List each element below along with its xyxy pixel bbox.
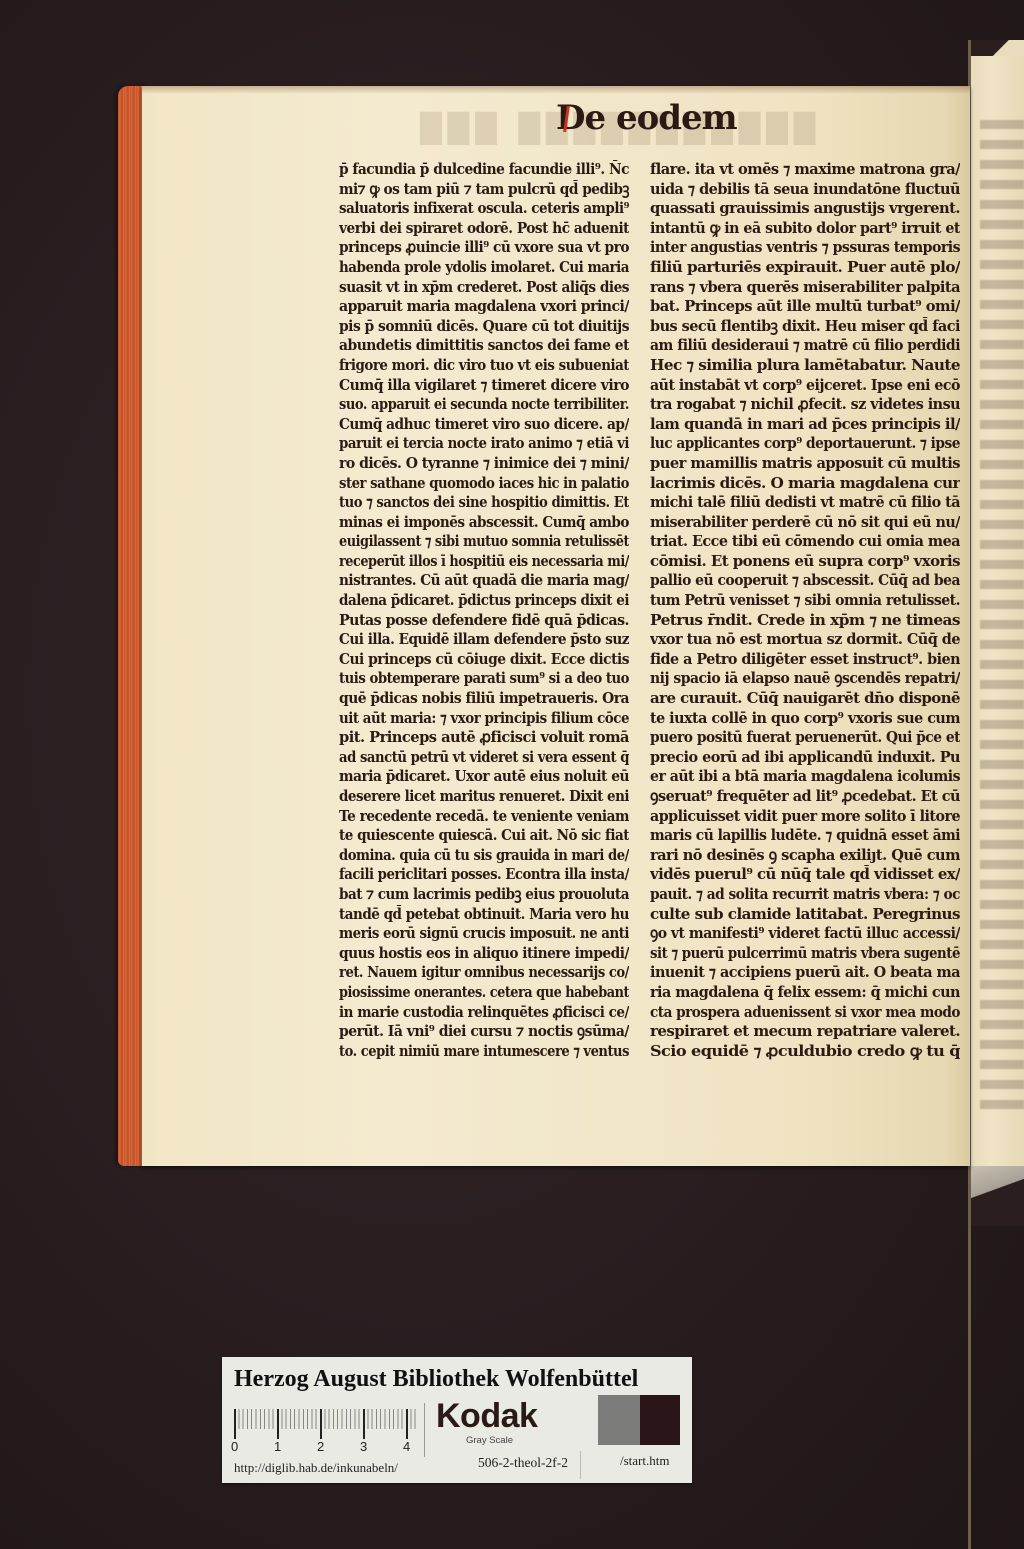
- text-line: pis p̄ somniū dicēs. Quare cū tot diuiti…: [339, 317, 629, 337]
- ruler: 0 1 2 3 4: [228, 1403, 425, 1457]
- library-name: Herzog August Bibliothek Wolfenbüttel: [234, 1365, 684, 1393]
- text-line: suo. apparuit ei secunda nocte terribili…: [339, 395, 629, 415]
- text-line: Hec ⁊ similia plura lamētabatur. Naute: [650, 356, 960, 376]
- text-line: nij spacio iā elapso nauē ꝯscendēs repat…: [650, 669, 960, 689]
- ruler-label: 0: [231, 1439, 238, 1454]
- text-line: ad sanctū petrū vt videret si vera essen…: [339, 748, 629, 768]
- text-column-right: flare. ita vt omēs ⁊ maxime matrona gra/…: [650, 160, 960, 1061]
- text-line: tuis obtemperare parati sum⁹ si a deo tu…: [339, 669, 629, 689]
- heading-rest: e eodem: [584, 98, 736, 138]
- shelfmark: 506-2-theol-2f-2: [478, 1455, 568, 1471]
- text-line: tandē qd̄ petebat obtinuit. Maria vero h…: [339, 905, 629, 925]
- text-line: te quiescente quiescā. Cui ait. Nō sic f…: [339, 826, 629, 846]
- card-url: http://diglib.hab.de/inkunabeln/: [234, 1460, 398, 1476]
- gray-scale-label: Gray Scale: [466, 1435, 513, 1446]
- text-line: puero positū fuerat peruenerūt. Qui p̄ce…: [650, 728, 960, 748]
- text-line: flare. ita vt omēs ⁊ maxime matrona gra/: [650, 160, 960, 180]
- text-line: paruit ei tercia nocte irato animo ⁊ eti…: [339, 434, 629, 454]
- text-line: tra rogabat ⁊ nichil ꝓfecit. sz videtes …: [650, 395, 960, 415]
- text-line: lam quandā in mari ad p̄ces principis il…: [650, 415, 960, 435]
- text-line: vidēs puerul⁹ cū nūq̄ tale qd̄ vidisset …: [650, 865, 960, 885]
- text-line: facili periclitari posses. Econtra illa …: [339, 865, 629, 885]
- text-line: miserabiliter perderē cū nō sit qui eū n…: [650, 513, 960, 533]
- text-line: dalena p̄dicaret. p̄dictus princeps dixi…: [339, 591, 629, 611]
- text-line: quassati grauissimis angustijs vrgerent.: [650, 199, 960, 219]
- text-line: rans ⁊ vbera querēs miserabiliter palpit…: [650, 278, 960, 298]
- text-line: culte sub clamide latitabat. Peregrinus: [650, 905, 960, 925]
- text-line: princeps ꝓuincie illi⁹ cū vxore sua vt p…: [339, 238, 629, 258]
- text-line: lacrimis dicēs. O maria magdalena cur: [650, 474, 960, 494]
- text-line: rari nō desinēs ꝯ scapha exiliȷt. Quē cu…: [650, 846, 960, 866]
- text-line: respiraret et mecum repatriare valeret.: [650, 1022, 960, 1042]
- card-divider: [580, 1451, 581, 1479]
- text-line: nistrantes. Cū aūt quadā die maria mag/: [339, 571, 629, 591]
- text-line: Cumq̄ illa vigilaret ⁊ timeret dicere vi…: [339, 376, 629, 396]
- text-line: suasit vt in xp̄m crederet. Post aliq̄s …: [339, 278, 629, 298]
- text-line: aūt instabāt vt corp⁹ eijceret. Ipse eni…: [650, 376, 960, 396]
- text-line: puer mamillis matris apposuit cū multis: [650, 454, 960, 474]
- text-line: habenda prole ydolis imolaret. Cui maria: [339, 258, 629, 278]
- text-line: abundetis dimittitis sanctos dei fame et: [339, 336, 629, 356]
- text-line: inter angustias ventris ⁊ pssuras tempor…: [650, 238, 960, 258]
- text-line: filiū parturiēs expirauit. Puer autē plo…: [650, 258, 960, 278]
- text-line: deserere licet maritus renueret. Dixit e…: [339, 787, 629, 807]
- text-line: in marie custodia relinquētes ꝓficisci c…: [339, 1003, 629, 1023]
- text-line: ria magdalena q̄ felix essem: q̄ michi c…: [650, 983, 960, 1003]
- text-line: te iuxta collē in quo corp⁹ vxoris sue c…: [650, 709, 960, 729]
- text-line: luc applicantes corp⁹ deportauerunt. ⁊ i…: [650, 434, 960, 454]
- text-line: ret. Nauem igitur omnibus necessarijs co…: [339, 963, 629, 983]
- text-line: saluatoris infixerat oscula. ceteris amp…: [339, 199, 629, 219]
- text-line: maris cū lapillis ludēte. ⁊ quidnā esset…: [650, 826, 960, 846]
- text-line: am filiū desideraui ⁊ matrē cū filio per…: [650, 336, 960, 356]
- text-line: p̄ facundia p̄ dulcedine facundie illi⁹.…: [339, 160, 629, 180]
- text-line: Te recedente recedā. te veniente veniam: [339, 807, 629, 827]
- text-line: sit ⁊ puerū pulcerrimū matris vbera suge…: [650, 944, 960, 964]
- text-line: Petrus r̄ndit. Crede in xp̄m ⁊ ne timeas: [650, 611, 960, 631]
- ruler-major-tick: [363, 1409, 365, 1439]
- text-line: er aūt ibi a btā maria magdalena icolumi…: [650, 767, 960, 787]
- gray-swatch-dark: [640, 1395, 680, 1445]
- heading-initial: D: [556, 98, 584, 138]
- text-line: Putas posse defendere fidē quā p̄dicas.: [339, 611, 629, 631]
- text-line: quus hostis eos in aliquo itinere impedi…: [339, 944, 629, 964]
- text-line: Cui princeps cū cōiuge dixit. Ecce dicti…: [339, 650, 629, 670]
- text-line: Cui illa. Equidē illam defendere p̄sto s…: [339, 630, 629, 650]
- text-line: michi talē filiū dedisti vt matrē cū fil…: [650, 493, 960, 513]
- text-line: Cumq̄ adhuc timeret viro suo dicere. ap/: [339, 415, 629, 435]
- text-line: pauit. ⁊ ad solita recurrit matris vbera…: [650, 885, 960, 905]
- page-top-shadow: [142, 86, 970, 94]
- text-line: tuo ⁊ sanctos dei sine hospitio dimittis…: [339, 493, 629, 513]
- text-line: piosissime onerantes. cetera que habeban…: [339, 983, 629, 1003]
- text-line: mi⁊ ꝙ os tam piū ⁊ tam pulcrū qd̄ pedibꝫ: [339, 180, 629, 200]
- start-path: /start.htm: [620, 1453, 669, 1469]
- facing-page-text-blur: [980, 120, 1024, 1120]
- text-line: apparuit maria magdalena vxori princi/: [339, 297, 629, 317]
- ruler-ticks: [234, 1409, 418, 1429]
- ruler-label: 1: [274, 1439, 281, 1454]
- text-line: meris eorū signū crucis imposuit. ne ant…: [339, 924, 629, 944]
- text-line: uida ⁊ debilis tā seua inundatōne fluctu…: [650, 180, 960, 200]
- text-line: pallio eū cooperuit ⁊ abscessit. Cūq̄ ad…: [650, 571, 960, 591]
- text-line: cta prospera aduenissent si vxor mea mod…: [650, 1003, 960, 1023]
- text-line: maria p̄dicaret. Uxor autē eius noluit e…: [339, 767, 629, 787]
- text-line: minas ei imponēs abscessit. Cumq̄ ambo: [339, 513, 629, 533]
- gray-swatch-mid: [598, 1395, 640, 1445]
- text-line: bus secū flentibꝫ dixit. Heu miser qd̄ f…: [650, 317, 960, 337]
- text-line: ster sathane quomodo iaces hic in palati…: [339, 474, 629, 494]
- text-line: precio eorū ad ibi applicandū induxit. P…: [650, 748, 960, 768]
- text-line: bat. Princeps aūt ille multū turbat⁹ omi…: [650, 297, 960, 317]
- ruler-major-tick: [406, 1409, 408, 1439]
- text-line: fide a Petro diligēter esset instruct⁹. …: [650, 650, 960, 670]
- page-heading: De eodem: [556, 96, 737, 140]
- text-line: ro dicēs. O tyranne ⁊ inimice dei ⁊ mini…: [339, 454, 629, 474]
- text-column-left: p̄ facundia p̄ dulcedine facundie illi⁹.…: [339, 160, 629, 1061]
- ruler-major-tick: [320, 1409, 322, 1439]
- ruler-major-tick: [234, 1409, 236, 1439]
- text-line: triat. Ecce tibi eū cōmendo cui omia mea: [650, 532, 960, 552]
- text-line: cōmisi. Et ponens eū supra corp⁹ vxoris: [650, 552, 960, 572]
- text-line: ꝯo vt manifesti⁹ videret factū illuc acc…: [650, 924, 960, 944]
- text-line: vxor tua nō est mortua sz dormit. Cūq̄ d…: [650, 630, 960, 650]
- text-line: inuenit ⁊ accipiens puerū ait. O beata m…: [650, 963, 960, 983]
- ruler-major-tick: [277, 1409, 279, 1439]
- text-line: intantū ꝙ in eā subito dolor part⁹ irrui…: [650, 219, 960, 239]
- text-line: are curauit. Cūq̄ nauigarēt dn̄o disponē: [650, 689, 960, 709]
- text-line: applicuisset vidit puer more solito ī li…: [650, 807, 960, 827]
- text-line: euigilassent ⁊ sibi mutuo somnia retulis…: [339, 532, 629, 552]
- text-line: receperūt illos ī hospitiū eis necessari…: [339, 552, 629, 572]
- text-line: Scio equidē ⁊ ꝓculdubio credo ꝙ tu q̄: [650, 1042, 960, 1062]
- kodak-logo: Kodak: [436, 1397, 537, 1435]
- ruler-label: 2: [317, 1439, 324, 1454]
- text-line: uit aūt maria: ⁊ vxor principis filium c…: [339, 709, 629, 729]
- text-line: bat ⁊ cum lacrimis pedibꝫ eius prouoluta: [339, 885, 629, 905]
- text-line: verbi dei spiraret odorē. Post hc̄ aduen…: [339, 219, 629, 239]
- ruler-label: 4: [403, 1439, 410, 1454]
- text-line: quē p̄dicas nobis filiū impetraueris. Or…: [339, 689, 629, 709]
- text-line: perūt. Iā vni⁹ diei cursu ⁊ noctis ꝯsūma…: [339, 1022, 629, 1042]
- text-line: tum Petrū venisset ⁊ sibi omnia retuliss…: [650, 591, 960, 611]
- ruler-label: 3: [360, 1439, 367, 1454]
- color-calibration-card: Herzog August Bibliothek Wolfenbüttel 0 …: [222, 1357, 692, 1483]
- text-line: pit. Princeps autē ꝓficisci voluit romā: [339, 728, 629, 748]
- text-line: domina. quia cū tu sis grauida in mari d…: [339, 846, 629, 866]
- text-line: to. cepit nimiū mare intumescere ⁊ ventu…: [339, 1042, 629, 1062]
- text-line: ꝯseruat⁹ frequēter ad lit⁹ ꝓcedebat. Et …: [650, 787, 960, 807]
- text-line: frigore mori. dic viro tuo vt eis subuen…: [339, 356, 629, 376]
- facing-page-bottom: [971, 1166, 1024, 1226]
